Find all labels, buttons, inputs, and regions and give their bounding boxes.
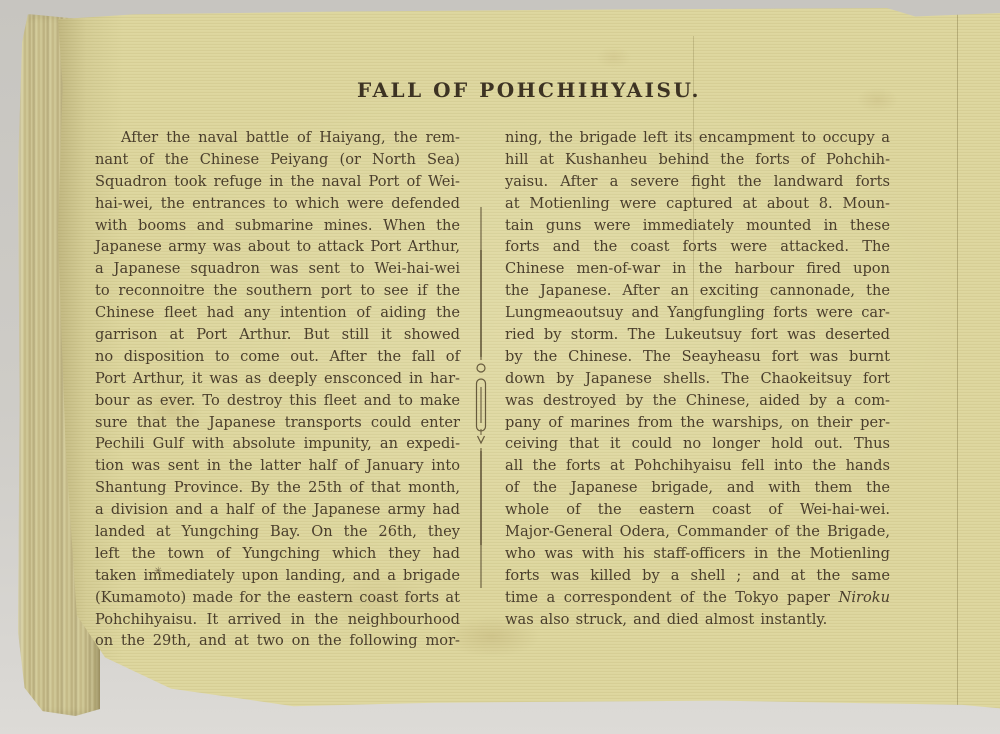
column-gutter (460, 127, 505, 652)
scanned-book-photo: FALL OF POHCHIHYAISU. ✳ After the naval … (0, 0, 1000, 734)
text-columns: After the naval battle of Haiyang, the r… (95, 127, 890, 652)
text-line: on the 29th, and at two on the following… (95, 630, 460, 652)
text-line: Chinese men-of-war in the harbour fired … (505, 258, 890, 280)
page-crease (957, 12, 958, 708)
text-line: Shantung Province. By the 25th of that m… (95, 477, 460, 499)
text-line: taken immediately upon landing, and a br… (95, 565, 460, 587)
text-line: a division and a half of the Japanese ar… (95, 499, 460, 521)
text-line: the Japanese. After an exciting cannonad… (505, 280, 890, 302)
text-line: time a correspondent of the Tokyo paper … (505, 587, 890, 609)
text-line: ceiving that it could no longer hold out… (505, 433, 890, 455)
left-column: After the naval battle of Haiyang, the r… (95, 127, 460, 652)
text-line: Lungmeaoutsuy and Yangfungling forts wer… (505, 302, 890, 324)
text-line: hai-wei, the entrances to which were def… (95, 193, 460, 215)
text-line: by the Chinese. The Seayheasu fort was b… (505, 346, 890, 368)
text-line: of the Japanese brigade, and with them t… (505, 477, 890, 499)
text-line: was also struck, and died almost instant… (505, 609, 890, 631)
text-line: was destroyed by the Chinese, aided by a… (505, 390, 890, 412)
text-line: no disposition to come out. After the fa… (95, 346, 460, 368)
text-line: to reconnoitre the southern port to see … (95, 280, 460, 302)
text-line: Japanese army was about to attack Port A… (95, 236, 460, 258)
text-line: Pechili Gulf with absolute impunity, an … (95, 433, 460, 455)
text-line: bour as ever. To destroy this fleet and … (95, 390, 460, 412)
text-line: forts was killed by a shell ; and at the… (505, 565, 890, 587)
text-line: a Japanese squadron was sent to Wei-hai-… (95, 258, 460, 280)
right-column: ning, the brigade left its encampment to… (505, 127, 890, 630)
text-line: whole of the eastern coast of Wei-hai-we… (505, 499, 890, 521)
text-line: ried by storm. The Lukeutsuy fort was de… (505, 324, 890, 346)
text-line: Squadron took refuge in the naval Port o… (95, 171, 460, 193)
text-line: Port Arthur, it was as deeply ensconced … (95, 368, 460, 390)
text-line: tain guns were immediately mounted in th… (505, 215, 890, 237)
text-line: After the naval battle of Haiyang, the r… (95, 127, 460, 149)
column-divider-ornament (473, 205, 489, 590)
text-line: sure that the Japanese transports could … (95, 412, 460, 434)
text-line: Major-General Odera, Commander of the Br… (505, 521, 890, 543)
page-title: FALL OF POHCHIHYAISU. (58, 78, 1000, 102)
text-line: (Kumamoto) made for the eastern coast fo… (95, 587, 460, 609)
text-line: with booms and submarine mines. When the (95, 215, 460, 237)
text-line: Chinese fleet had any intention of aidin… (95, 302, 460, 324)
text-line: garrison at Port Arthur. But still it sh… (95, 324, 460, 346)
text-line: hill at Kushanheu behind the forts of Po… (505, 149, 890, 171)
text-line: tion was sent in the latter half of Janu… (95, 455, 460, 477)
text-line: landed at Yungching Bay. On the 26th, th… (95, 521, 460, 543)
text-line: forts and the coast forts were attacked.… (505, 236, 890, 258)
text-line: nant of the Chinese Peiyang (or North Se… (95, 149, 460, 171)
text-line: pany of marines from the warships, on th… (505, 412, 890, 434)
text-line: all the forts at Pohchihyaisu fell into … (505, 455, 890, 477)
text-line: at Motienling were captured at about 8. … (505, 193, 890, 215)
text-line: Pohchihyaisu. It arrived in the neighbou… (95, 609, 460, 631)
text-line: yaisu. After a severe fight the landward… (505, 171, 890, 193)
text-line: down by Japanese shells. The Chaokeitsuy… (505, 368, 890, 390)
text-line: who was with his staff-officers in the M… (505, 543, 890, 565)
text-line: left the town of Yungching which they ha… (95, 543, 460, 565)
text-line: ning, the brigade left its encampment to… (505, 127, 890, 149)
